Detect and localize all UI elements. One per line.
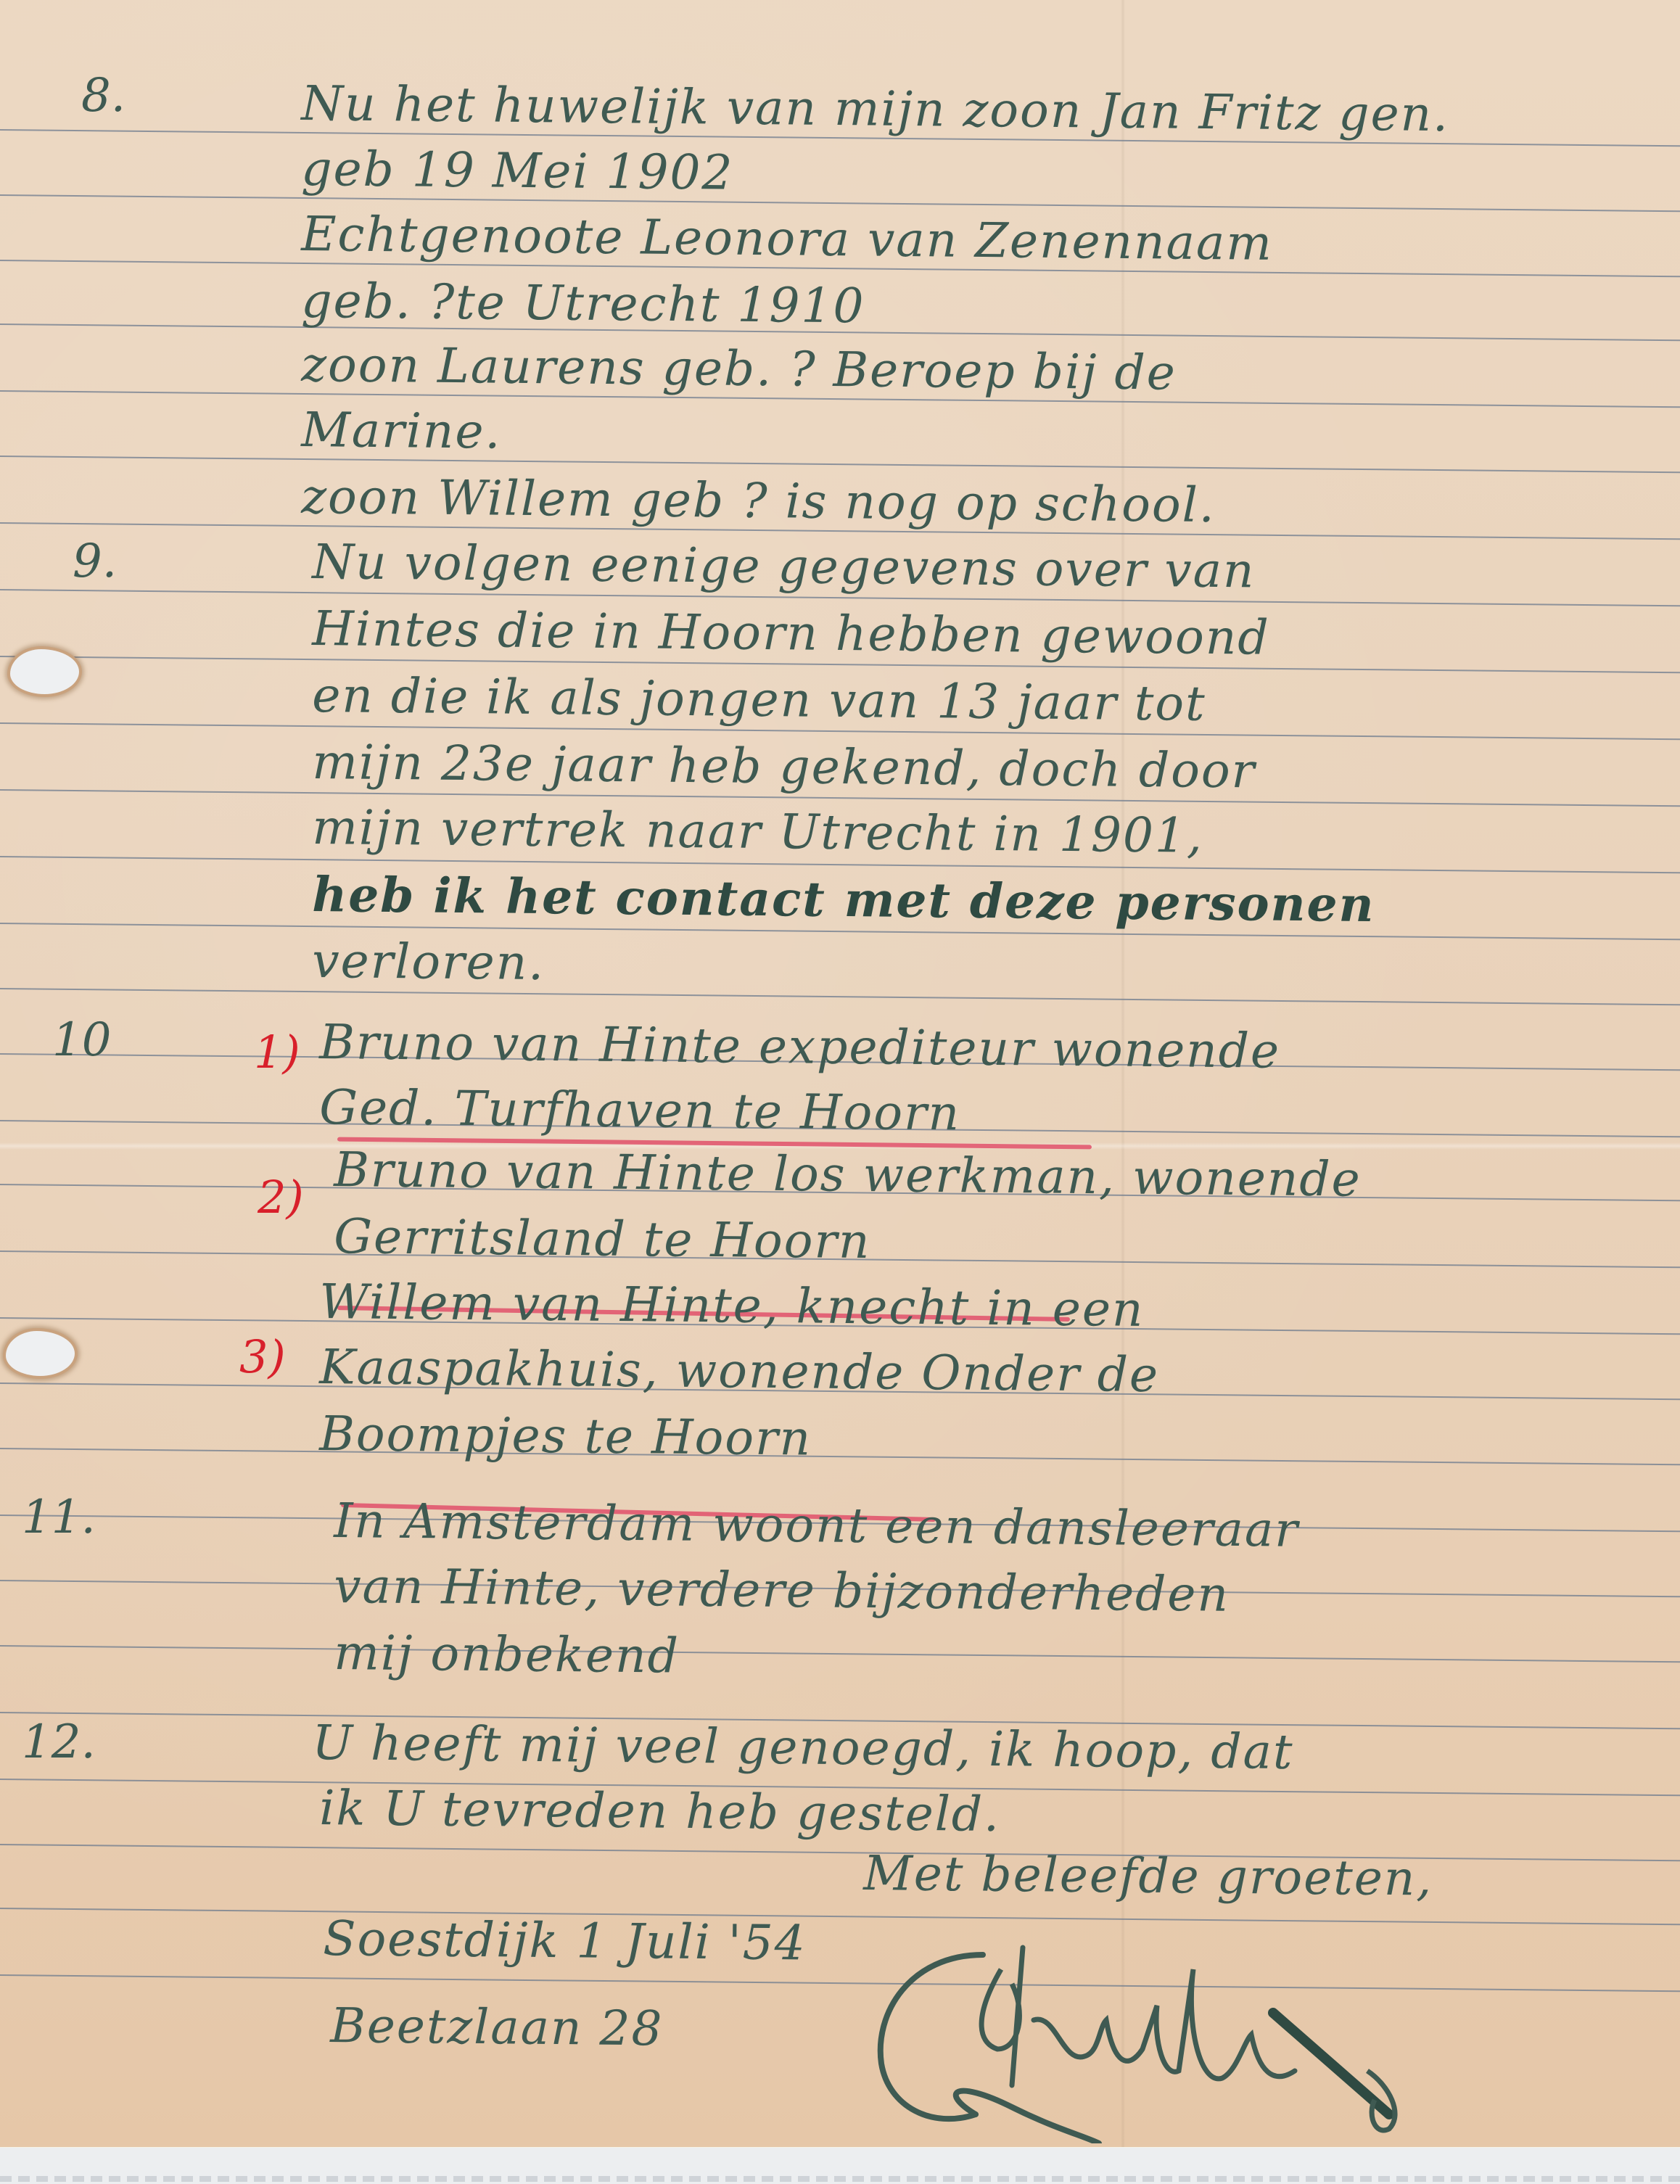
text-line: U heeft mij veel genoegd, ik hoop, dat [312,1719,1294,1776]
text-line: geb 19 Mei 1902 [301,145,734,197]
punch-hole [6,1331,75,1376]
place-date: Soestdijk 1 Juli '54 [323,1915,807,1967]
red-list-marker: 3) [239,1335,286,1380]
ruled-line [0,1908,1680,1925]
ruled-line [0,1645,1680,1662]
text-line: ik U tevreden heb gesteld. [319,1784,1000,1839]
text-line: van Hinte, verdere bijzonderheden [334,1562,1230,1619]
text-line: heb ik het contact met deze personen [312,870,1375,928]
ruled-line [0,988,1680,1005]
item-number: 8. [81,73,125,119]
text-line: Bruno van Hinte expediteur wonende [319,1018,1280,1076]
ruled-line [0,1448,1680,1465]
text-line: geb. ?te Utrecht 1910 [301,277,865,330]
text-line: Gerritsland te Hoorn [334,1213,871,1266]
text-line: mijn vertrek naar Utrecht in 1901, [312,804,1203,860]
ruled-line [0,194,1680,212]
punch-hole [10,649,79,694]
text-line: mij onbekend [334,1629,680,1681]
red-list-marker: 1) [254,1030,300,1075]
text-line: Nu volgen eenige gegevens over van [312,538,1256,595]
red-list-marker: 2) [258,1175,304,1220]
text-line: Boompjes te Hoorn [319,1410,812,1463]
text-line: Nu het huwelijk van mijn zoon Jan Fritz … [301,80,1449,139]
sleeve-perforation [0,2176,1680,2182]
sender-address: Beetzlaan 28 [330,2002,664,2053]
ruled-line [0,456,1680,473]
text-line: Kaaspakhuis, wonende Onder de [319,1343,1159,1399]
item-number: 11. [22,1494,96,1541]
item-number: 9. [73,538,117,585]
text-line: Ged. Turfhaven te Hoorn [319,1084,960,1137]
signature-icon [867,1926,1462,2143]
letter-page: 8. Nu het huwelijk van mijn zoon Jan Fri… [0,0,1680,2147]
item-number: 10 [52,1017,111,1063]
text-line: mijn 23e jaar heb gekend, doch door [312,738,1256,795]
text-line: In Amsterdam woont een dansleeraar [334,1497,1299,1554]
text-line: Marine. [301,406,502,456]
closing-greeting: Met beleefde groeten, [863,1850,1433,1903]
text-line: Echtgenoote Leonora van Zenennaam [301,210,1273,268]
item-number: 12. [22,1719,96,1765]
text-line: Hintes die in Hoorn hebben gewoond [312,605,1270,662]
text-line: verloren. [312,937,545,987]
text-line: zoon Willem geb ? is nog op school. [301,473,1216,529]
text-line: Willem van Hinte, knecht in een [319,1278,1145,1334]
text-line: Bruno van Hinte los werkman, wonende [334,1146,1362,1204]
text-line: en die ik als jongen van 13 jaar tot [312,672,1206,728]
text-line: zoon Laurens geb. ? Beroep bij de [301,341,1177,397]
